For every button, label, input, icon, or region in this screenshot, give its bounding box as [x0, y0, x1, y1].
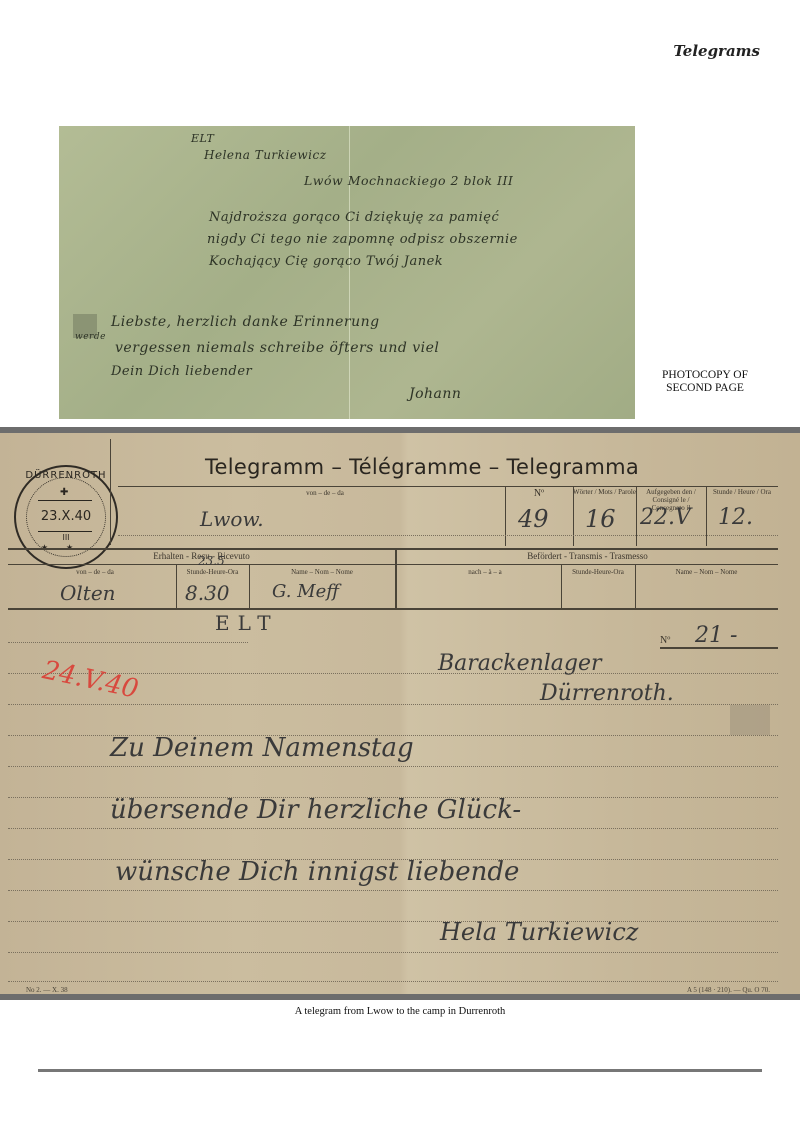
- message-number-label: Nº: [660, 635, 670, 646]
- dotted-line: [118, 535, 778, 536]
- service-code: ELT: [215, 611, 279, 635]
- divider: [8, 608, 778, 610]
- caption-line: PHOTOCOPY OF: [645, 369, 765, 382]
- handwriting-line: Najdroższa gorąco Ci dziękuję za pamięć: [209, 210, 499, 225]
- fold-line: [349, 126, 350, 419]
- red-date-annotation: 24.V.40: [40, 655, 141, 704]
- received-from-label: von – de – da: [40, 568, 150, 576]
- form-print-code: A 5 (148 · 210). — Qu. O 70.: [687, 986, 770, 994]
- dotted-line: [8, 766, 778, 767]
- stamp-bar: [38, 531, 92, 532]
- handwriting-line: Liebste, herzlich danke Erinnerung: [111, 314, 380, 330]
- dotted-line: [8, 642, 248, 643]
- dotted-line: [8, 890, 778, 891]
- handwriting-line: nigdy Ci tego nie zapomnę odpisz obszern…: [207, 232, 518, 247]
- transmitted-name-label: Name – Nom – Nome: [635, 568, 778, 576]
- hour-value: 12.: [718, 505, 753, 530]
- words-label: Wörter / Mots / Parole: [573, 488, 636, 496]
- received-time-value: 8.30: [185, 581, 230, 605]
- transmitted-time-label: Stunde-Heure-Ora: [561, 568, 635, 576]
- divider: [8, 548, 778, 550]
- dotted-line: [8, 921, 778, 922]
- divider: [118, 486, 778, 487]
- telegram-form: DÜRRENROTH ✚ 23.X.40 III ★★ Telegramm – …: [0, 427, 800, 1000]
- message-line: wünsche Dich innigst liebende: [115, 857, 519, 887]
- words-value: 16: [585, 505, 616, 533]
- received-time-label: Stunde-Heure-Ora: [176, 568, 249, 576]
- caption-line: SECOND PAGE: [645, 382, 765, 395]
- photocopy-second-page: ELT Helena Turkiewicz Lwów Mochnackiego …: [59, 126, 635, 419]
- received-name-label: Name – Nom – Nome: [249, 568, 395, 576]
- dotted-line: [8, 952, 778, 953]
- message-number-value: 21 -: [695, 623, 737, 648]
- from-label: von – de – da: [250, 489, 400, 497]
- figure-caption: A telegram from Lwow to the camp in Durr…: [0, 1006, 800, 1017]
- photocopy-caption: PHOTOCOPY OF SECOND PAGE: [645, 369, 765, 395]
- tape-patch: [730, 705, 770, 735]
- divider: [660, 647, 778, 649]
- number-label: Nº: [505, 488, 573, 499]
- message-line: Zu Deinem Namenstag: [110, 733, 414, 763]
- stamp-town: DÜRRENROTH: [16, 470, 116, 481]
- stamp-bar: [38, 500, 92, 501]
- handwriting-line: Lwów Mochnackiego 2 blok III: [304, 173, 513, 188]
- transmitted-to-label: nach – à – a: [420, 568, 550, 576]
- received-name-value: G. Meff: [272, 581, 339, 602]
- transmitted-title: Befördert - Transmis - Trasmesso: [397, 551, 778, 561]
- handwriting-line: vergessen niemals schreibe öfters und vi…: [115, 340, 439, 356]
- margin-note: werde: [75, 332, 106, 342]
- from-value: Lwow.: [200, 507, 264, 531]
- stamp-date: 23.X.40: [16, 509, 116, 524]
- telegram-title: Telegramm – Télégramme – Telegramma: [205, 455, 639, 479]
- received-time-note: 23.5: [198, 554, 225, 568]
- swiss-cross-icon: ✚: [60, 487, 68, 498]
- submitted-value: 22.V: [640, 505, 691, 530]
- handwriting-line: ELT: [191, 132, 214, 145]
- signature: Johann: [409, 386, 461, 402]
- address-line-1: Barackenlager: [438, 651, 602, 676]
- handwriting-line: Kochający Cię gorąco Twój Janek: [209, 254, 443, 269]
- horizontal-rule: [38, 1069, 762, 1072]
- received-from-value: Olten: [60, 581, 116, 605]
- number-value: 49: [518, 505, 549, 533]
- handwriting-line: Dein Dich liebender: [111, 364, 252, 379]
- sender-signature: Hela Turkiewicz: [440, 918, 638, 946]
- message-line: übersende Dir herzliche Glück-: [110, 795, 521, 825]
- dotted-line: [8, 828, 778, 829]
- form-number: No 2. — X. 38: [26, 986, 68, 994]
- divider: [110, 439, 111, 545]
- address-line-2: Dürrenroth.: [540, 681, 674, 706]
- divider: [8, 564, 778, 565]
- dotted-line: [8, 981, 778, 982]
- hour-label: Stunde / Heure / Ora: [706, 488, 778, 496]
- stamp-number: III: [16, 533, 116, 542]
- handwriting-line: Helena Turkiewicz: [204, 148, 327, 162]
- page-title: Telegrams: [673, 42, 760, 60]
